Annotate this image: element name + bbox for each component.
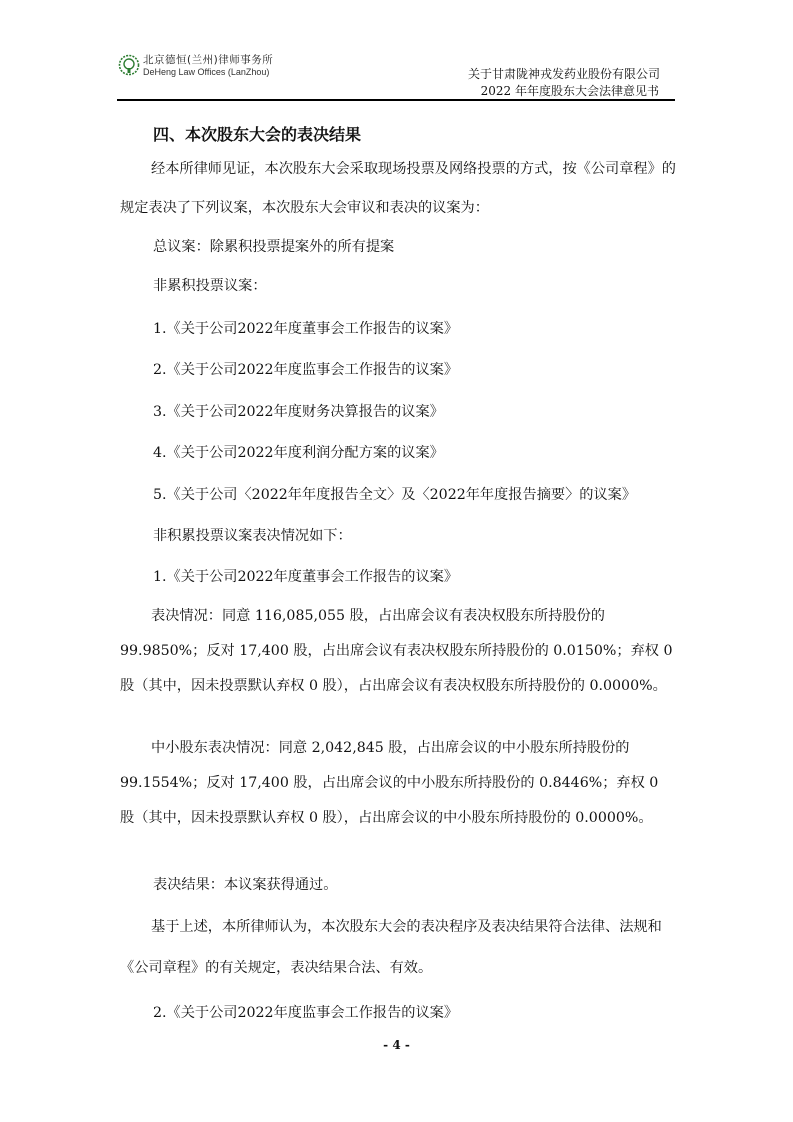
vote-result: 表决结果：本议案获得通过。 [153, 874, 337, 894]
header-divider [117, 99, 675, 101]
law-firm-name-cn: 北京德恒(兰州)律师事务所 [143, 52, 273, 67]
document-title: 关于甘肃陇神戎发药业股份有限公司 2022 年年度股东大会法律意见书 [468, 66, 660, 100]
page-number: - 4 - [0, 1038, 793, 1052]
document-title-line2: 2022 年年度股东大会法律意见书 [468, 83, 659, 100]
total-motion: 总议案：除累积投票提案外的所有提案 [153, 236, 394, 256]
motion-item-5: 5.《关于公司〈2022年年度报告全文〉及〈2022年年度报告摘要〉的议案》 [153, 484, 636, 504]
motion-item-2: 2.《关于公司2022年度监事会工作报告的议案》 [153, 359, 458, 379]
motion-item-1: 1.《关于公司2022年度董事会工作报告的议案》 [153, 318, 458, 338]
intro-paragraph: 经本所律师见证，本次股东大会采取现场投票及网络投票的方式，按《公司章程》的规定表… [120, 150, 676, 228]
vote-minor-shareholders: 中小股东表决情况：同意 2,042,845 股，占出席会议的中小股东所持股份的 … [120, 731, 676, 836]
motion-item-4: 4.《关于公司2022年度利润分配方案的议案》 [153, 442, 444, 462]
motion1-heading: 1.《关于公司2022年度董事会工作报告的议案》 [153, 566, 458, 586]
motion2-heading: 2.《关于公司2022年度监事会工作报告的议案》 [153, 1002, 458, 1022]
motion-item-3: 3.《关于公司2022年度财务决算报告的议案》 [153, 401, 444, 421]
section-title: 四、本次股东大会的表决结果 [153, 122, 361, 145]
vote-all-shareholders: 表决情况：同意 116,085,055 股，占出席会议有表决权股东所持股份的 9… [120, 599, 676, 704]
law-firm-name-en: DeHeng Law Offices (LanZhou) [143, 67, 269, 77]
non-cumulative-label: 非累积投票议案： [153, 275, 267, 295]
law-firm-logo-icon [118, 54, 140, 76]
document-title-line1: 关于甘肃陇神戎发药业股份有限公司 [468, 66, 660, 83]
conclusion-paragraph: 基于上述，本所律师认为，本次股东大会的表决程序及表决结果符合法律、法规和《公司章… [120, 907, 676, 989]
results-label: 非积累投票议案表决情况如下： [153, 525, 352, 545]
